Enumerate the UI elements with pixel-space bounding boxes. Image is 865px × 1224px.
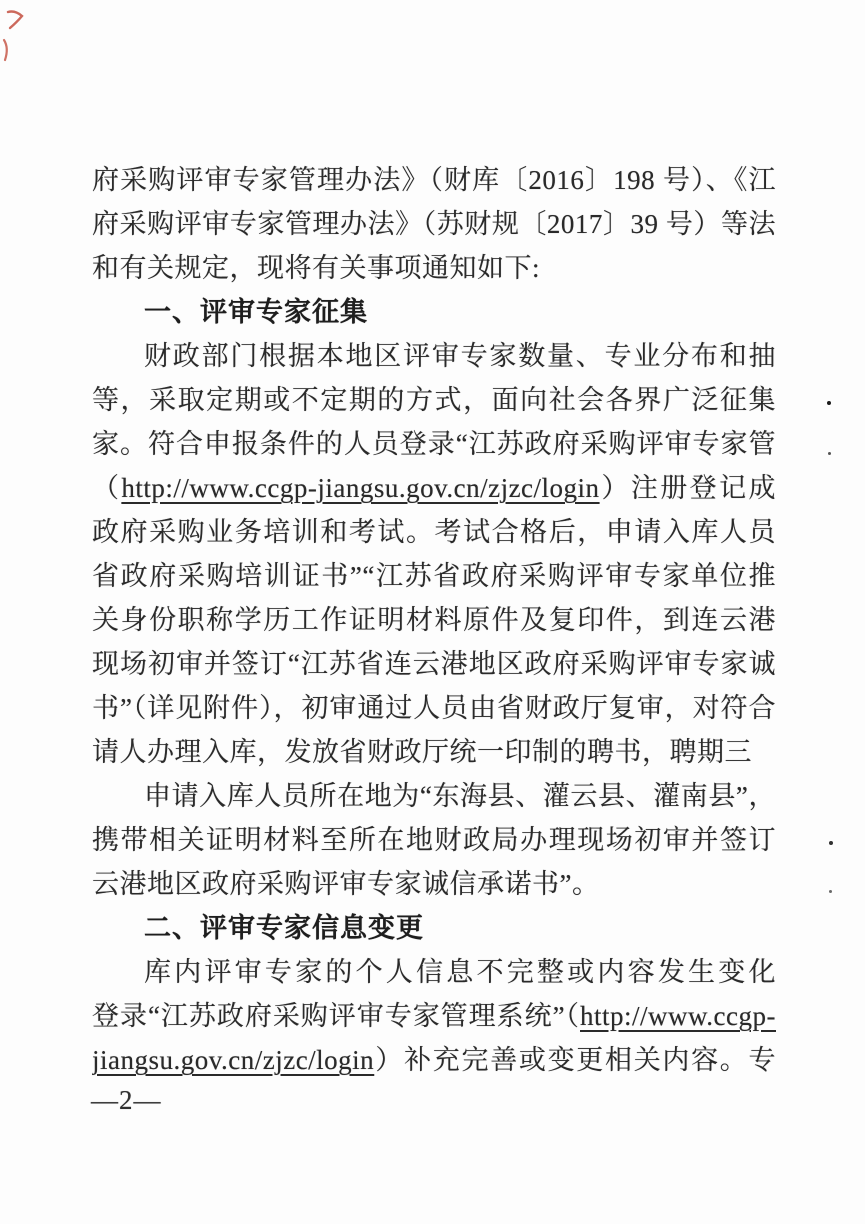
text-line: 关身份职称学历工作证明材料原件及复印件，到连云港市财政局	[92, 598, 776, 642]
text-line: 府采购评审专家管理办法》（财库〔2016〕198 号）、《江苏省政	[92, 158, 776, 202]
text-segment: 二、评审专家信息变更	[144, 913, 424, 943]
text-line: 家。符合申报条件的人员登录“江苏政府采购评审专家管理系统”	[92, 422, 776, 466]
page-number: —2—	[91, 1080, 162, 1120]
text-segment: 财政部门根据本地区评审专家数量、专业分布和抽取情况	[144, 341, 776, 378]
text-segment: 省政府采购培训证书”“江苏省政府采购评审专家单位推荐表”、相	[92, 561, 776, 598]
text-segment: 府采购评审专家管理办法》（苏财规〔2017〕39 号）等法律法规	[92, 209, 776, 246]
ink-speck	[827, 401, 831, 405]
text-segment: 家。符合申报条件的人员登录“江苏政府采购评审专家管理系统”	[92, 429, 776, 466]
text-segment: 和有关规定，现将有关事项通知如下:	[92, 253, 540, 283]
text-line: 财政部门根据本地区评审专家数量、专业分布和抽取情况	[92, 334, 776, 378]
text-segment: 关身份职称学历工作证明材料原件及复印件，到连云港市财政局	[92, 605, 776, 642]
text-segment: 登录“江苏政府采购评审专家管理系统”（	[92, 1001, 580, 1031]
text-line: 申请入库人员所在地为“东海县、灌云县、灌南县”，本人应	[92, 774, 776, 818]
ink-speck	[829, 841, 833, 845]
text-segment: 政府采购业务培训和考试。考试合格后，申请入库人员携带“江苏	[92, 517, 776, 554]
text-line: 请人办理入库，发放省财政厅统一印制的聘书，聘期三年。	[92, 730, 776, 774]
text-line: 登录“江苏政府采购评审专家管理系统”（http://www.ccgp-	[92, 994, 776, 1038]
text-line: 等，采取定期或不定期的方式，面向社会各界广泛征集评审专	[92, 378, 776, 422]
text-segment: 府采购评审专家管理办法》（财库〔2016〕198 号）、《江苏省政	[92, 165, 776, 202]
text-segment: 书”（详见附件），初审通过人员由省财政厅复审，对符合条件申	[92, 693, 776, 730]
text-line: jiangsu.gov.cn/zjzc/login）补充完善或变更相关内容。专业…	[92, 1038, 776, 1082]
text-line: 省政府采购培训证书”“江苏省政府采购评审专家单位推荐表”、相	[92, 554, 776, 598]
link-url[interactable]: http://www.ccgp-jiangsu.gov.cn/zjzc/logi…	[121, 473, 599, 503]
scanned-document-page: 府采购评审专家管理办法》（财库〔2016〕198 号）、《江苏省政府采购评审专家…	[0, 0, 865, 1224]
ink-speck	[828, 452, 831, 455]
text-segment: 库内评审专家的个人信息不完整或内容发生变化的，应及时	[144, 957, 776, 994]
text-segment: 申请入库人员所在地为“东海县、灌云县、灌南县”，本人应	[144, 781, 776, 818]
text-segment: 请人办理入库，发放省财政厅统一印制的聘书，聘期三年。	[92, 737, 752, 774]
text-line: 库内评审专家的个人信息不完整或内容发生变化的，应及时	[92, 950, 776, 994]
text-line: 政府采购业务培训和考试。考试合格后，申请入库人员携带“江苏	[92, 510, 776, 554]
text-line: 携带相关证明材料至所在地财政局办理现场初审并签订“江苏省连	[92, 818, 776, 862]
section-heading: 一、评审专家征集	[92, 290, 776, 334]
document-body: 府采购评审专家管理办法》（财库〔2016〕198 号）、《江苏省政府采购评审专家…	[92, 158, 776, 1082]
text-line: 书”（详见附件），初审通过人员由省财政厅复审，对符合条件申	[92, 686, 776, 730]
ink-speck	[829, 890, 832, 893]
text-segment: 云港地区政府采购评审专家诚信承诺书”。	[92, 869, 599, 899]
link-url[interactable]: http://www.ccgp-	[580, 1001, 776, 1031]
text-line: 和有关规定，现将有关事项通知如下:	[92, 246, 776, 290]
link-url[interactable]: jiangsu.gov.cn/zjzc/login	[92, 1045, 374, 1075]
text-segment: 携带相关证明材料至所在地财政局办理现场初审并签订“江苏省连	[92, 825, 776, 862]
text-segment: 现场初审并签订“江苏省连云港地区政府采购评审专家诚信承诺	[92, 649, 776, 686]
text-line: （http://www.ccgp-jiangsu.gov.cn/zjzc/log…	[92, 466, 776, 510]
text-line: 现场初审并签订“江苏省连云港地区政府采购评审专家诚信承诺	[92, 642, 776, 686]
red-pen-mark	[0, 4, 40, 66]
section-heading: 二、评审专家信息变更	[92, 906, 776, 950]
text-line: 府采购评审专家管理办法》（苏财规〔2017〕39 号）等法律法规	[92, 202, 776, 246]
text-line: 云港地区政府采购评审专家诚信承诺书”。	[92, 862, 776, 906]
text-segment: 等，采取定期或不定期的方式，面向社会各界广泛征集评审专	[92, 385, 776, 422]
text-segment: 一、评审专家征集	[144, 297, 368, 327]
text-segment: （	[92, 473, 121, 503]
